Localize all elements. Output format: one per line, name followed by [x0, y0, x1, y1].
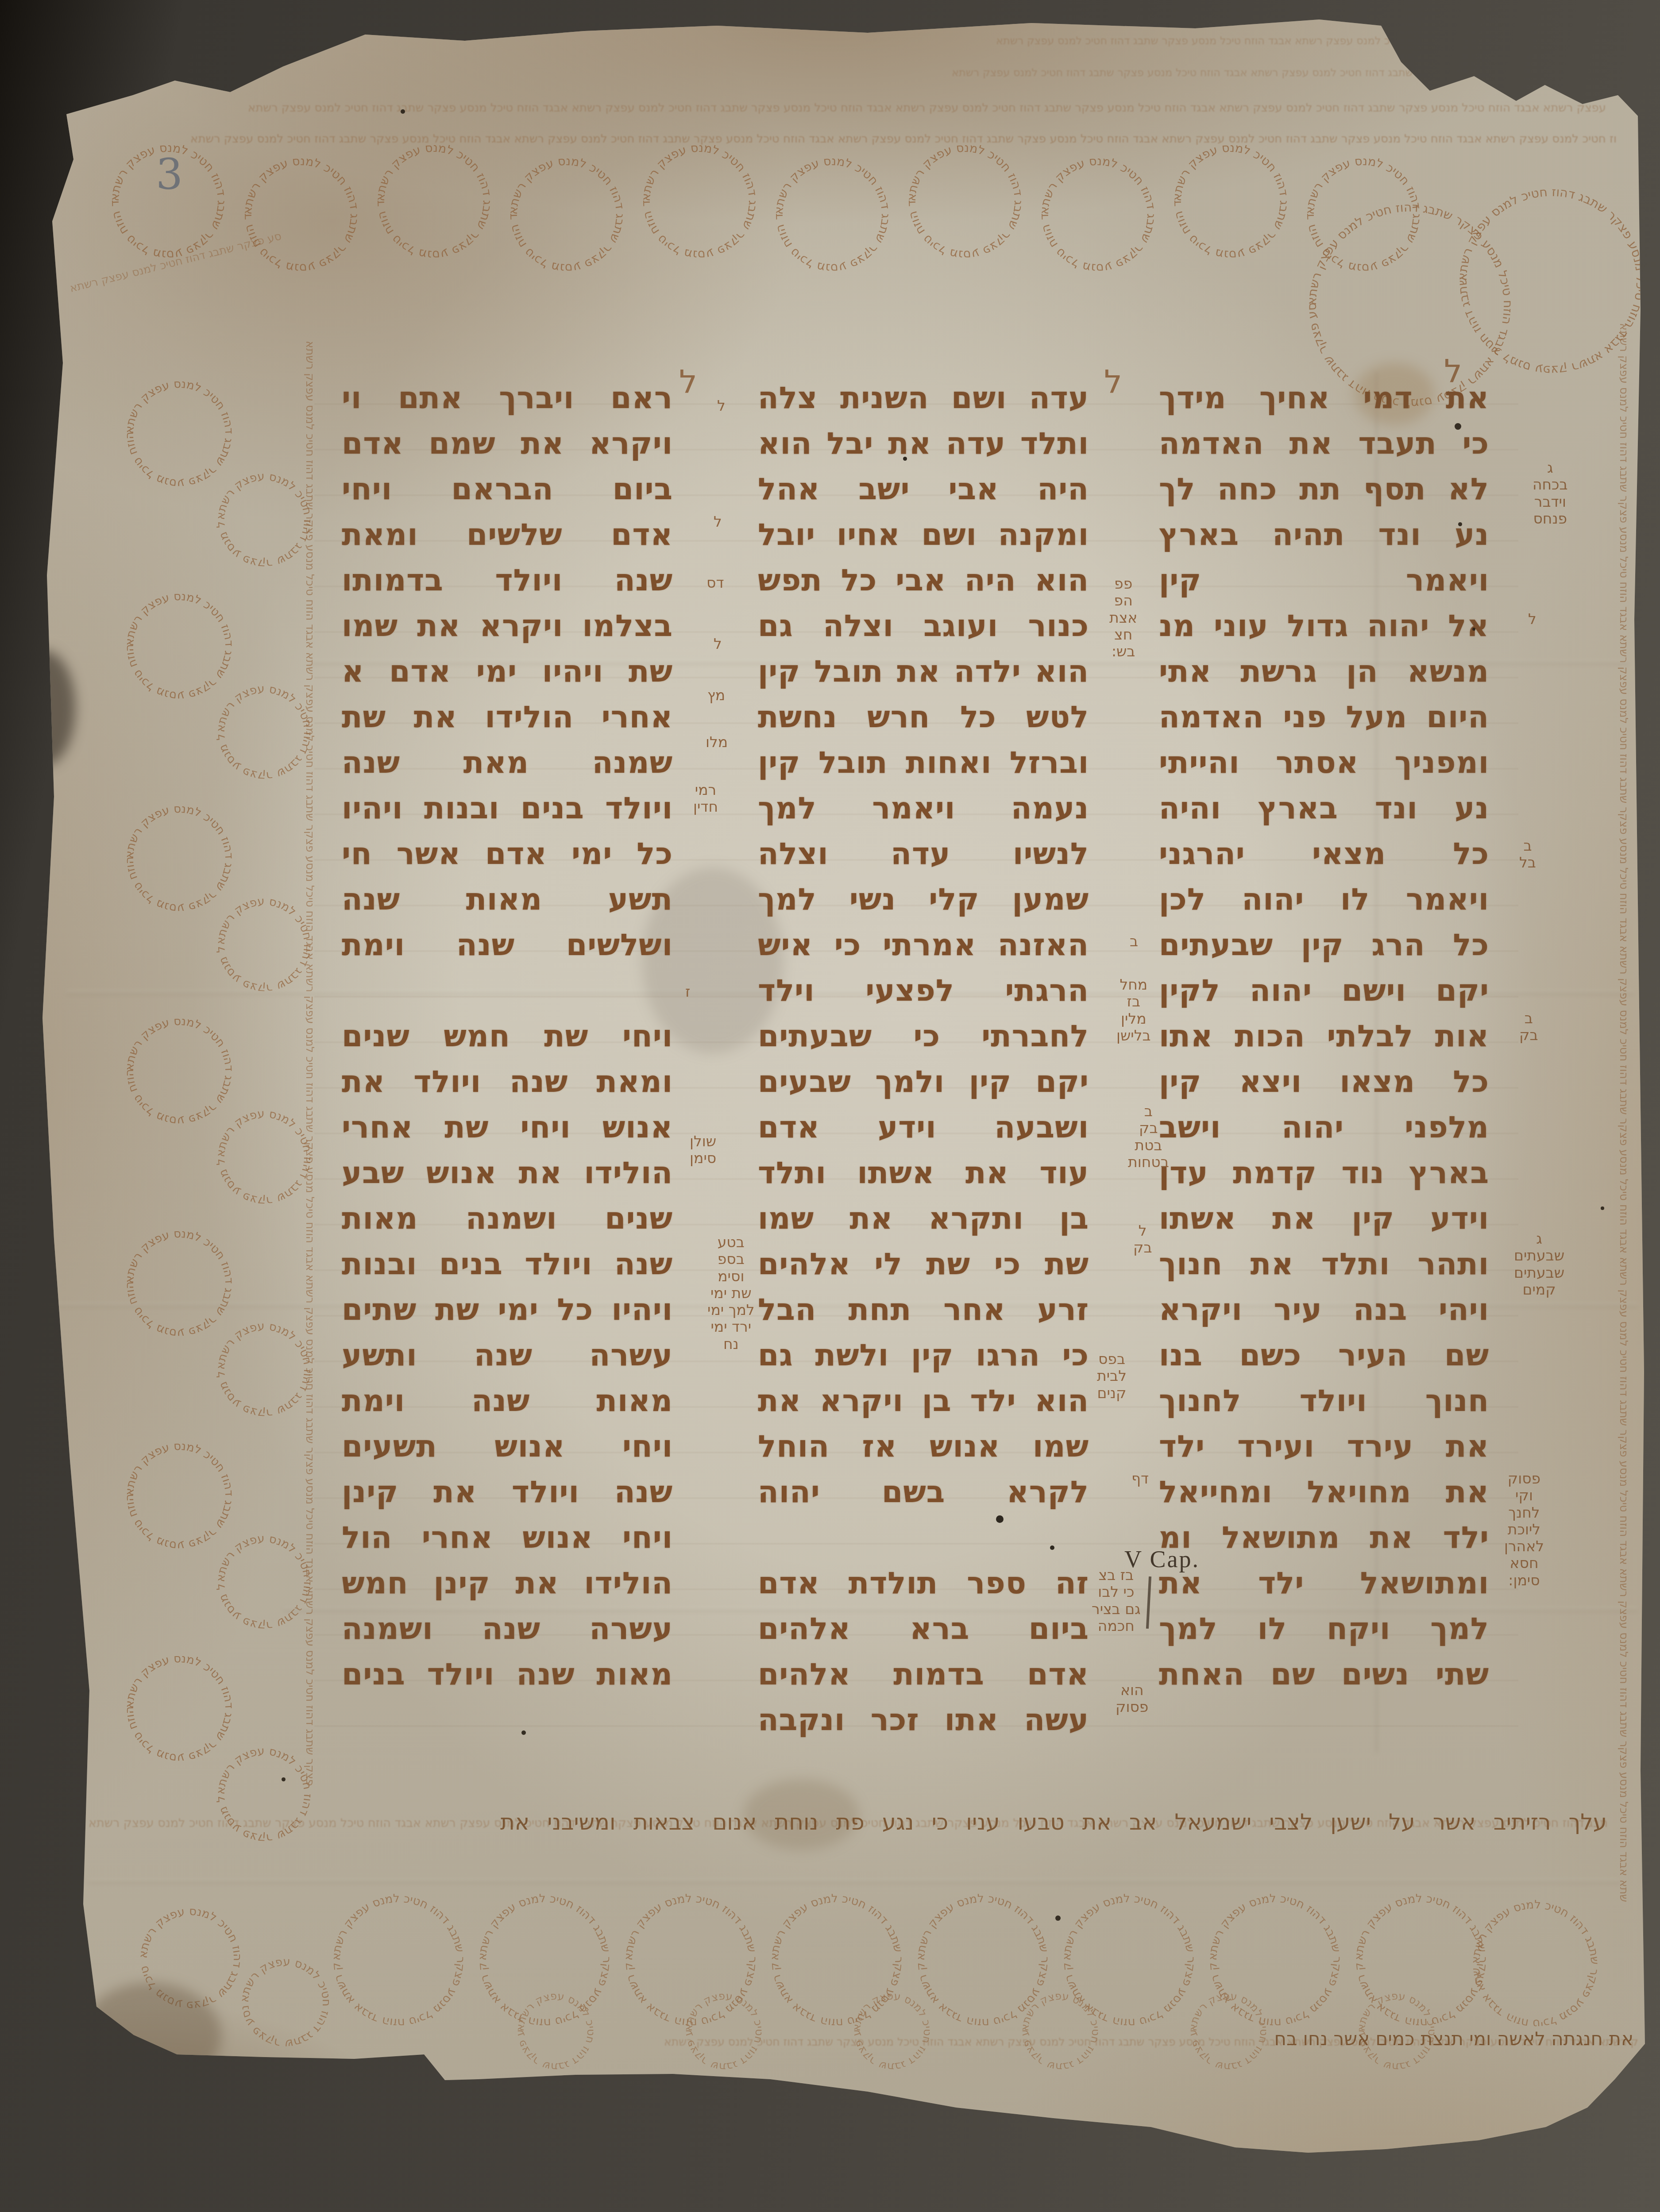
- manuscript-photo-background: אבגד הוזח טיכל מנסע פצקר שתבג דהוז חטיכ …: [0, 0, 1660, 2212]
- parchment-page: אבגד הוזח טיכל מנסע פצקר שתבג דהוז חטיכ …: [0, 0, 1660, 2212]
- vignette: [0, 0, 1660, 2212]
